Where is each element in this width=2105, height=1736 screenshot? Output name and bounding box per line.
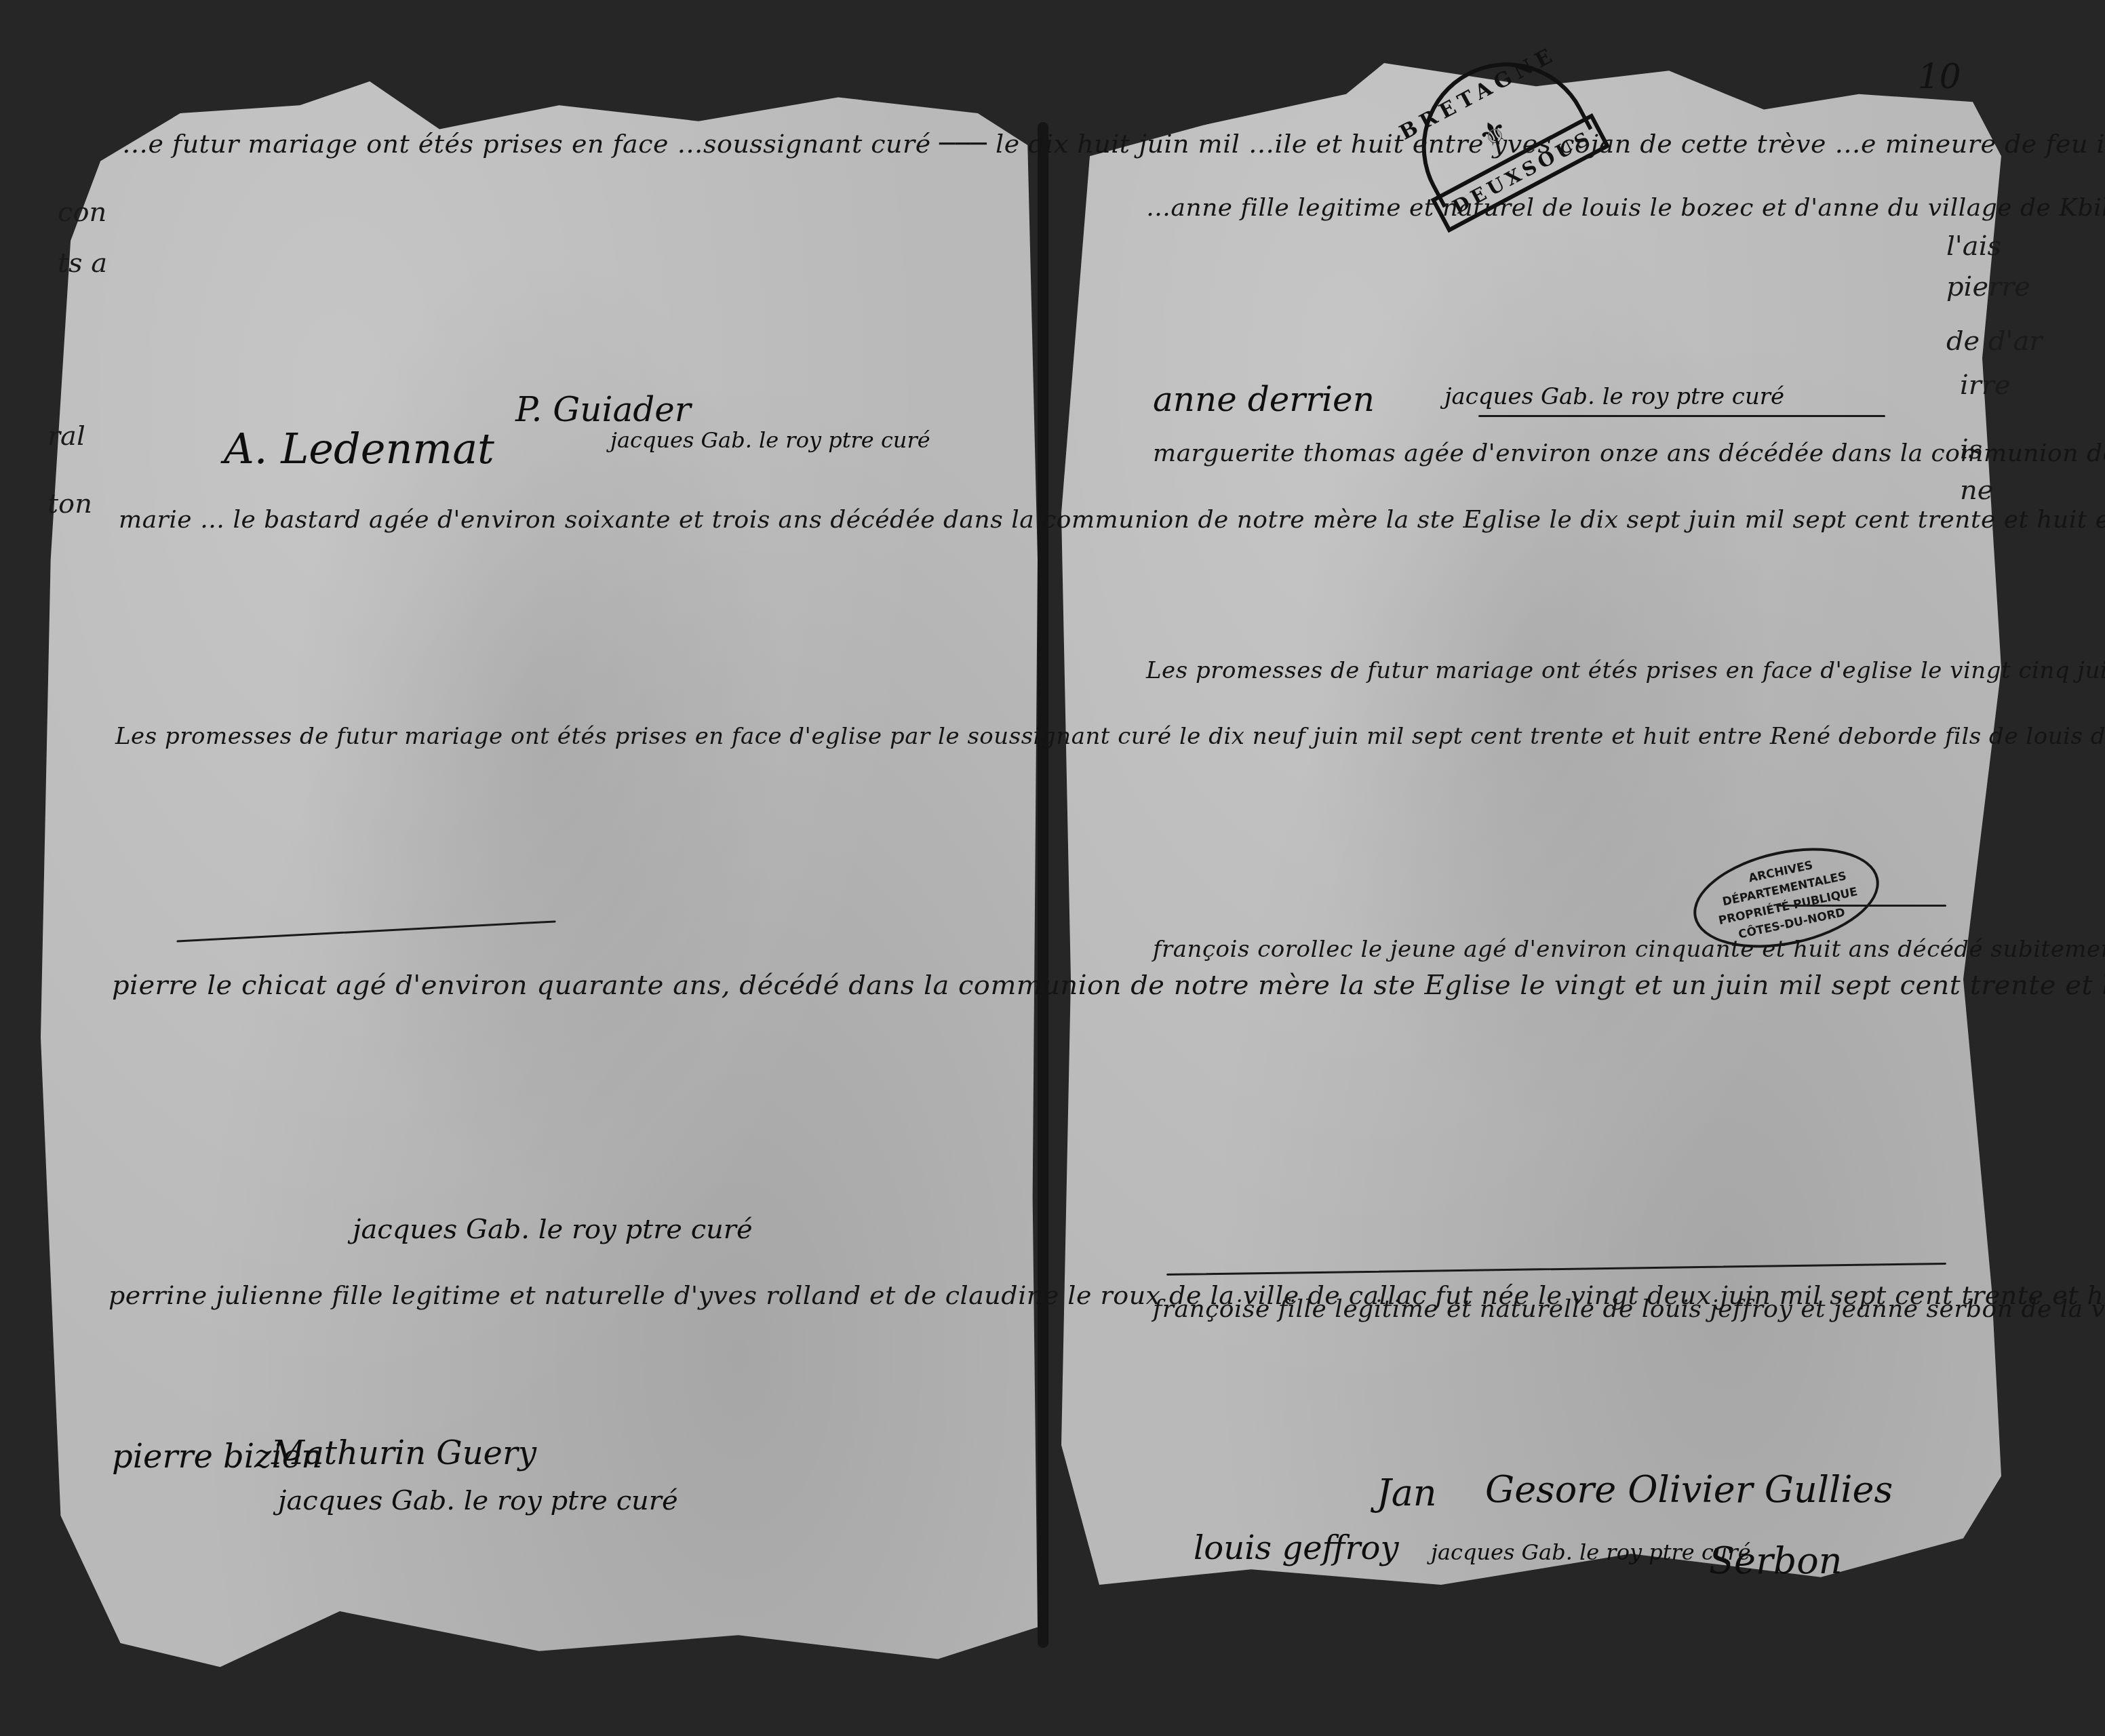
signature: jacques Gab. le roy ptre curé — [610, 427, 930, 453]
signature: Jan — [1377, 1472, 1437, 1514]
margin-fragment: irre — [1960, 370, 2011, 401]
signature: Serbon — [1709, 1539, 1843, 1582]
entry-line: perrine julienne fille legitime et natur… — [109, 1280, 896, 1310]
margin-fragment: de d'ar — [1946, 325, 2043, 357]
entry-line: françois corollec le jeune agé d'environ… — [1153, 936, 1890, 963]
entry-line: décédée dans la communion de notre mère … — [830, 506, 1572, 534]
margin-fragment: ral — [47, 420, 85, 452]
signature: louis geffroy — [1194, 1529, 1399, 1567]
folio-number: 10 — [1918, 57, 1961, 96]
entry-marriage-banns-cojan: …e futur mariage ont étés prises en face… — [122, 127, 2105, 160]
signature: Gesore Olivier Gullies — [1485, 1468, 1893, 1511]
entry-burial-chicat: pierre le chicat agé d'environ quarante … — [112, 963, 2105, 1008]
entry-burial-corollec: françois corollec le jeune agé d'environ… — [1153, 932, 2105, 966]
document-viewer: BRETAGNE ⚜ DEUX SOUS 10 ARCHIVES DÉPARTE… — [0, 0, 2105, 1736]
signature: A. Ledenmat — [224, 424, 494, 473]
entry-line: …anne fille legitime et naturel de louis… — [1146, 194, 1880, 222]
entry-marriage-banns-deborde: Les promesses de futur mariage ont étés … — [115, 719, 2105, 754]
signature: jacques Gab. le roy ptre curé — [1444, 383, 1784, 410]
entry-line: le vingt cinq juin mil sept cent trente … — [1921, 657, 2105, 684]
entry-baptism-jeffroy: françoise fille legitime et naturelle de… — [1153, 1292, 2105, 1327]
entry-line: Les promesses de futur mariage ont étés … — [115, 723, 930, 750]
entry-line: françoise fille legitime et naturelle de… — [1153, 1295, 1826, 1323]
entry-line: entre René deborde fils de louis deborde… — [1698, 723, 2105, 750]
entry-line: marie … le bastard agée d'environ soixan… — [119, 506, 822, 534]
entry-line: dix sept juin mil sept cent trente et hu… — [1580, 506, 2105, 534]
entry-marriage-banns-bulais: Les promesses de futur mariage ont étés … — [1146, 651, 2105, 690]
margin-fragment: con — [58, 197, 106, 228]
entry-line: vingt et un juin mil sept cent trente et… — [1554, 970, 2105, 1001]
margin-fragment: pierre — [1946, 271, 2030, 302]
margin-fragment: ne — [1960, 475, 1993, 506]
entry-line: marguerite thomas agée d'environ onze an… — [1153, 439, 1923, 467]
entry-line: pierre le chicat agé d'environ quarante … — [112, 970, 840, 1001]
signature: jacques Gab. le roy ptre curé — [353, 1214, 753, 1245]
entry-line: jeanne serbon de la ville de callac fut … — [1834, 1295, 2105, 1323]
entry-separator — [1777, 905, 1946, 907]
entry-line: communion de notre mère la ste Eglise le… — [1931, 439, 2105, 467]
margin-fragment: ts a — [58, 248, 107, 279]
signature: anne derrien — [1153, 380, 1375, 419]
signature: P. Guiader — [515, 390, 691, 429]
entry-line: du village de Kbilias fut né le vingt et… — [1888, 194, 2105, 222]
entry-line: le soussignant curé le dix neuf juin mil… — [938, 723, 1691, 750]
entry-line: …e futur mariage ont étés prises en face — [122, 129, 669, 159]
entry-separator — [1478, 415, 1885, 417]
entry-line: …e mineure de feu isaac collen originair… — [1835, 129, 2105, 159]
entry-baptism-bozec: …anne fille legitime et naturel de louis… — [1146, 189, 2105, 228]
entry-burial-thomas: marguerite thomas agée d'environ onze an… — [1153, 434, 2105, 473]
entry-line: Les promesses de futur mariage ont étés … — [1146, 657, 1913, 684]
signature: Mathurin Guery — [271, 1434, 536, 1472]
margin-fragment: ton — [47, 488, 92, 519]
entry-burial-bastard: marie … le bastard agée d'environ soixan… — [119, 502, 2105, 538]
entry-line: décédé subitement dans la paroisse de pl… — [1897, 936, 2105, 963]
signature: jacques Gab. le roy ptre curé — [1431, 1539, 1751, 1565]
signature: jacques Gab. le roy ptre curé — [278, 1485, 678, 1516]
entry-line: …soussignant curé ─── le dix huit juin m… — [677, 129, 1240, 159]
book-spine — [1038, 122, 1048, 1648]
entry-line: …ile et huit entre yves cojan de cette t… — [1248, 129, 1826, 159]
left-page — [41, 81, 1038, 1675]
margin-fragment: l'ais — [1946, 231, 2001, 262]
right-page — [1061, 47, 2011, 1600]
entry-line: dans la communion de notre mère la ste E… — [848, 970, 1546, 1001]
